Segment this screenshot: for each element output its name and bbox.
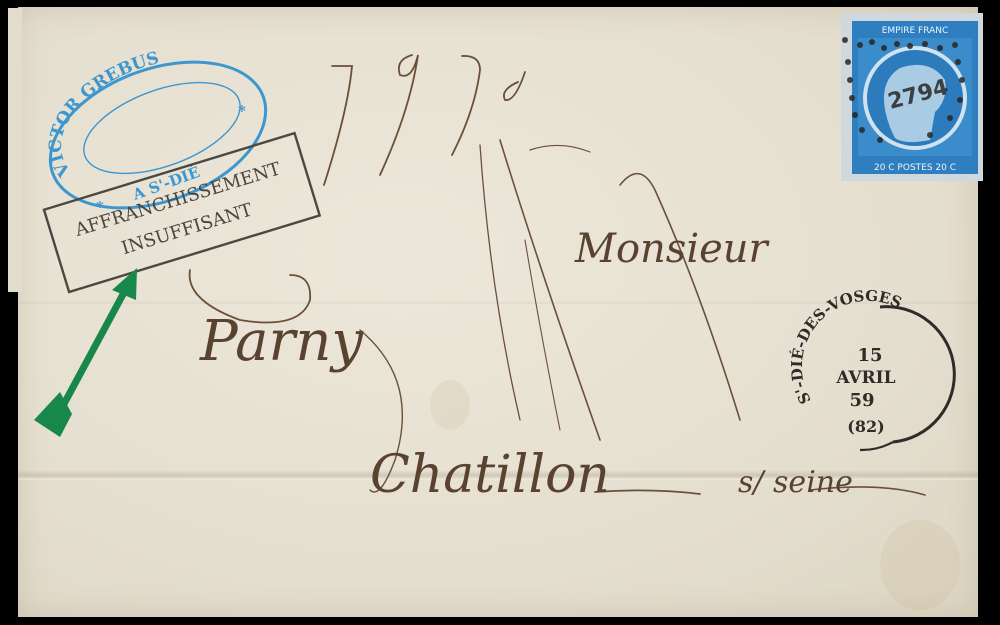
svg-text:S'-DIÉ-DES-VOSGES: S'-DIÉ-DES-VOSGES <box>788 287 905 407</box>
cds-department: (82) <box>847 417 884 436</box>
cds-day: 15 <box>857 345 882 366</box>
destination-town: Chatillon <box>370 445 610 505</box>
cds-year: 59 <box>849 390 874 411</box>
destination-region: s/ seine <box>738 465 853 500</box>
salutation-text: Monsieur <box>574 226 771 272</box>
addressee-name: Parny <box>199 309 364 374</box>
green-arrow-icon <box>34 268 137 437</box>
stamp-bottom-label: 20 C POSTES 20 C <box>874 163 956 173</box>
markings-layer: VICTOR GREBUS A S'-DIÉ * * AFFRANCHISSEM… <box>0 0 1000 625</box>
manuscript-strokes <box>190 55 925 495</box>
cachet-ornament: * <box>238 102 246 120</box>
postage-stamp: EMPIRE FRANC 20 C POSTES 20 C 2794 <box>841 13 983 181</box>
circular-date-stamp: S'-DIÉ-DES-VOSGES 15 AVRIL 59 (82) <box>788 287 955 450</box>
stamp-top-label: EMPIRE FRANC <box>882 26 949 36</box>
cds-town: S'-DIÉ-DES-VOSGES <box>788 287 905 407</box>
cachet-name: VICTOR GREBUS <box>46 48 161 181</box>
cds-month: AVRIL <box>835 368 895 388</box>
